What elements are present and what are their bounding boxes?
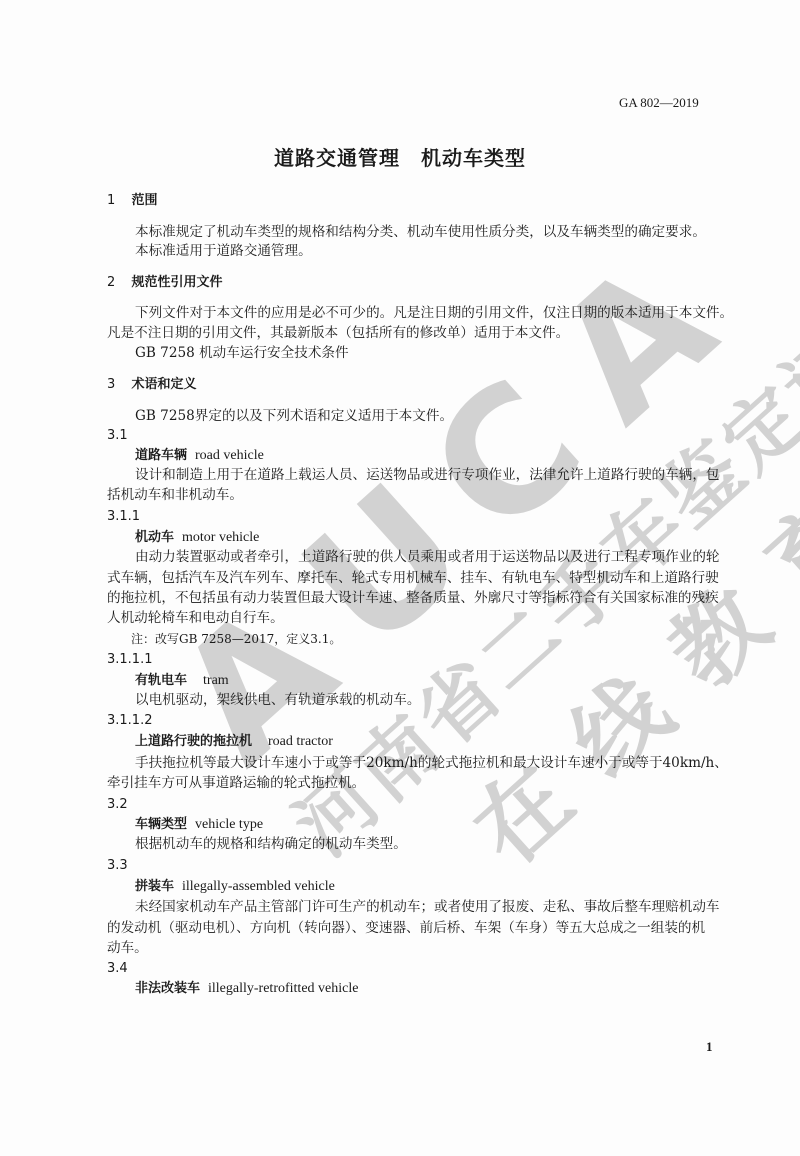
term-heading: 道路车辆road vehicle xyxy=(135,446,264,465)
normative-reference: GB 7258 机动车运行安全技术条件 xyxy=(135,344,349,362)
definition-line: 以电机驱动，架线供电、有轨道承载的机动车。 xyxy=(135,691,420,709)
section-3-intro: GB 7258界定的以及下列术语和定义适用于本文件。 xyxy=(135,407,453,425)
section-number: 1 xyxy=(107,192,127,210)
definition-line: 式车辆，包括汽车及汽车列车、摩托车、轮式专用机械车、挂车、有轨电车、特型机动车和… xyxy=(107,569,719,587)
section-1-paragraph-1: 本标准规定了机动车类型的规格和结构分类、机动车使用性质分类，以及车辆类型的确定要… xyxy=(135,223,706,241)
clause-number: 3.1.1.1 xyxy=(107,651,152,669)
clause-number: 3.1.1.2 xyxy=(107,712,152,730)
definition-line: 根据机动车的规格和结构确定的机动车类型。 xyxy=(135,835,407,853)
section-2-paragraph-line-1: 下列文件对于本文件的应用是必不可少的。凡是注日期的引用文件，仅注日期的版本适用于… xyxy=(135,304,733,322)
term-en: motor vehicle xyxy=(182,530,259,545)
section-2-paragraph-line-2: 凡是不注日期的引用文件，其最新版本（包括所有的修改单）适用于本文件。 xyxy=(107,324,569,342)
term-zh: 非法改装车 xyxy=(135,981,200,996)
clause-number: 3.1.1 xyxy=(107,508,140,526)
section-title: 范围 xyxy=(132,193,158,208)
section-3-heading: 3 术语和定义 xyxy=(107,376,197,394)
definition-line: 括机动车和非机动车。 xyxy=(107,486,243,504)
definition-line: 设计和制造上用于在道路上载运人员、运送物品或进行专项作业，法律允许上道路行驶的车… xyxy=(135,466,720,484)
term-heading: 上道路行驶的拖拉机road tractor xyxy=(135,732,333,751)
clause-number: 3.1 xyxy=(107,427,128,445)
document-page: A U C A 河南省二手车鉴定评估师协会 在线教育平台 GA 802—2019… xyxy=(0,0,800,1156)
term-zh: 车辆类型 xyxy=(135,817,187,832)
document-content: GA 802—2019 道路交通管理 机动车类型 1 范围 本标准规定了机动车类… xyxy=(0,0,800,1156)
term-heading: 拼装车illegally-assembled vehicle xyxy=(135,877,335,896)
definition-line: 的拖拉机，不包括虽有动力装置但最大设计车速、整备质量、外廓尺寸等指标符合有关国家… xyxy=(107,589,719,607)
term-en: illegally-retrofitted vehicle xyxy=(208,981,358,996)
term-zh: 机动车 xyxy=(135,530,174,545)
note: 注：改写GB 7258—2017，定义3.1。 xyxy=(131,630,341,648)
term-heading: 车辆类型vehicle type xyxy=(135,815,263,834)
section-number: 3 xyxy=(107,376,127,394)
term-en: vehicle type xyxy=(195,817,263,832)
clause-number: 3.2 xyxy=(107,796,128,814)
section-2-heading: 2 规范性引用文件 xyxy=(107,274,223,292)
section-number: 2 xyxy=(107,274,127,292)
term-en: road vehicle xyxy=(195,448,264,463)
term-heading: 有轨电车tram xyxy=(135,671,229,690)
clause-number: 3.4 xyxy=(107,960,128,978)
clause-number: 3.3 xyxy=(107,857,128,875)
term-heading: 非法改装车illegally-retrofitted vehicle xyxy=(135,979,358,998)
standard-code: GA 802—2019 xyxy=(619,94,699,112)
section-title: 术语和定义 xyxy=(132,377,197,392)
definition-line: 未经国家机动车产品主管部门许可生产的机动车；或者使用了报废、走私、事故后整车理赔… xyxy=(135,898,720,916)
term-zh: 道路车辆 xyxy=(135,448,187,463)
definition-line: 人机动轮椅车和电动自行车。 xyxy=(107,609,284,627)
term-zh: 上道路行驶的拖拉机 xyxy=(135,734,252,749)
definition-line: 的发动机（驱动电机）、方向机（转向器）、变速器、前后桥、车架（车身）等五大总成之… xyxy=(107,919,705,937)
term-heading: 机动车motor vehicle xyxy=(135,528,259,547)
definition-line: 动车。 xyxy=(107,939,148,957)
section-title: 规范性引用文件 xyxy=(132,275,223,290)
document-title: 道路交通管理 机动车类型 xyxy=(0,145,800,171)
term-en: tram xyxy=(203,673,229,688)
definition-line: 牵引挂车方可从事道路运输的轮式拖拉机。 xyxy=(107,774,365,792)
definition-line: 由动力装置驱动或者牵引，上道路行驶的供人员乘用或者用于运送物品以及进行工程专项作… xyxy=(135,548,720,566)
section-1-paragraph-2: 本标准适用于道路交通管理。 xyxy=(135,242,312,260)
page-number: 1 xyxy=(706,1038,713,1056)
definition-line: 手扶拖拉机等最大设计车速小于或等于20km/h的轮式拖拉机和最大设计车速小于或等… xyxy=(135,754,728,772)
term-zh: 拼装车 xyxy=(135,879,174,894)
section-1-heading: 1 范围 xyxy=(107,192,158,210)
term-en: illegally-assembled vehicle xyxy=(182,879,335,894)
term-en: road tractor xyxy=(268,734,333,749)
term-zh: 有轨电车 xyxy=(135,673,187,688)
